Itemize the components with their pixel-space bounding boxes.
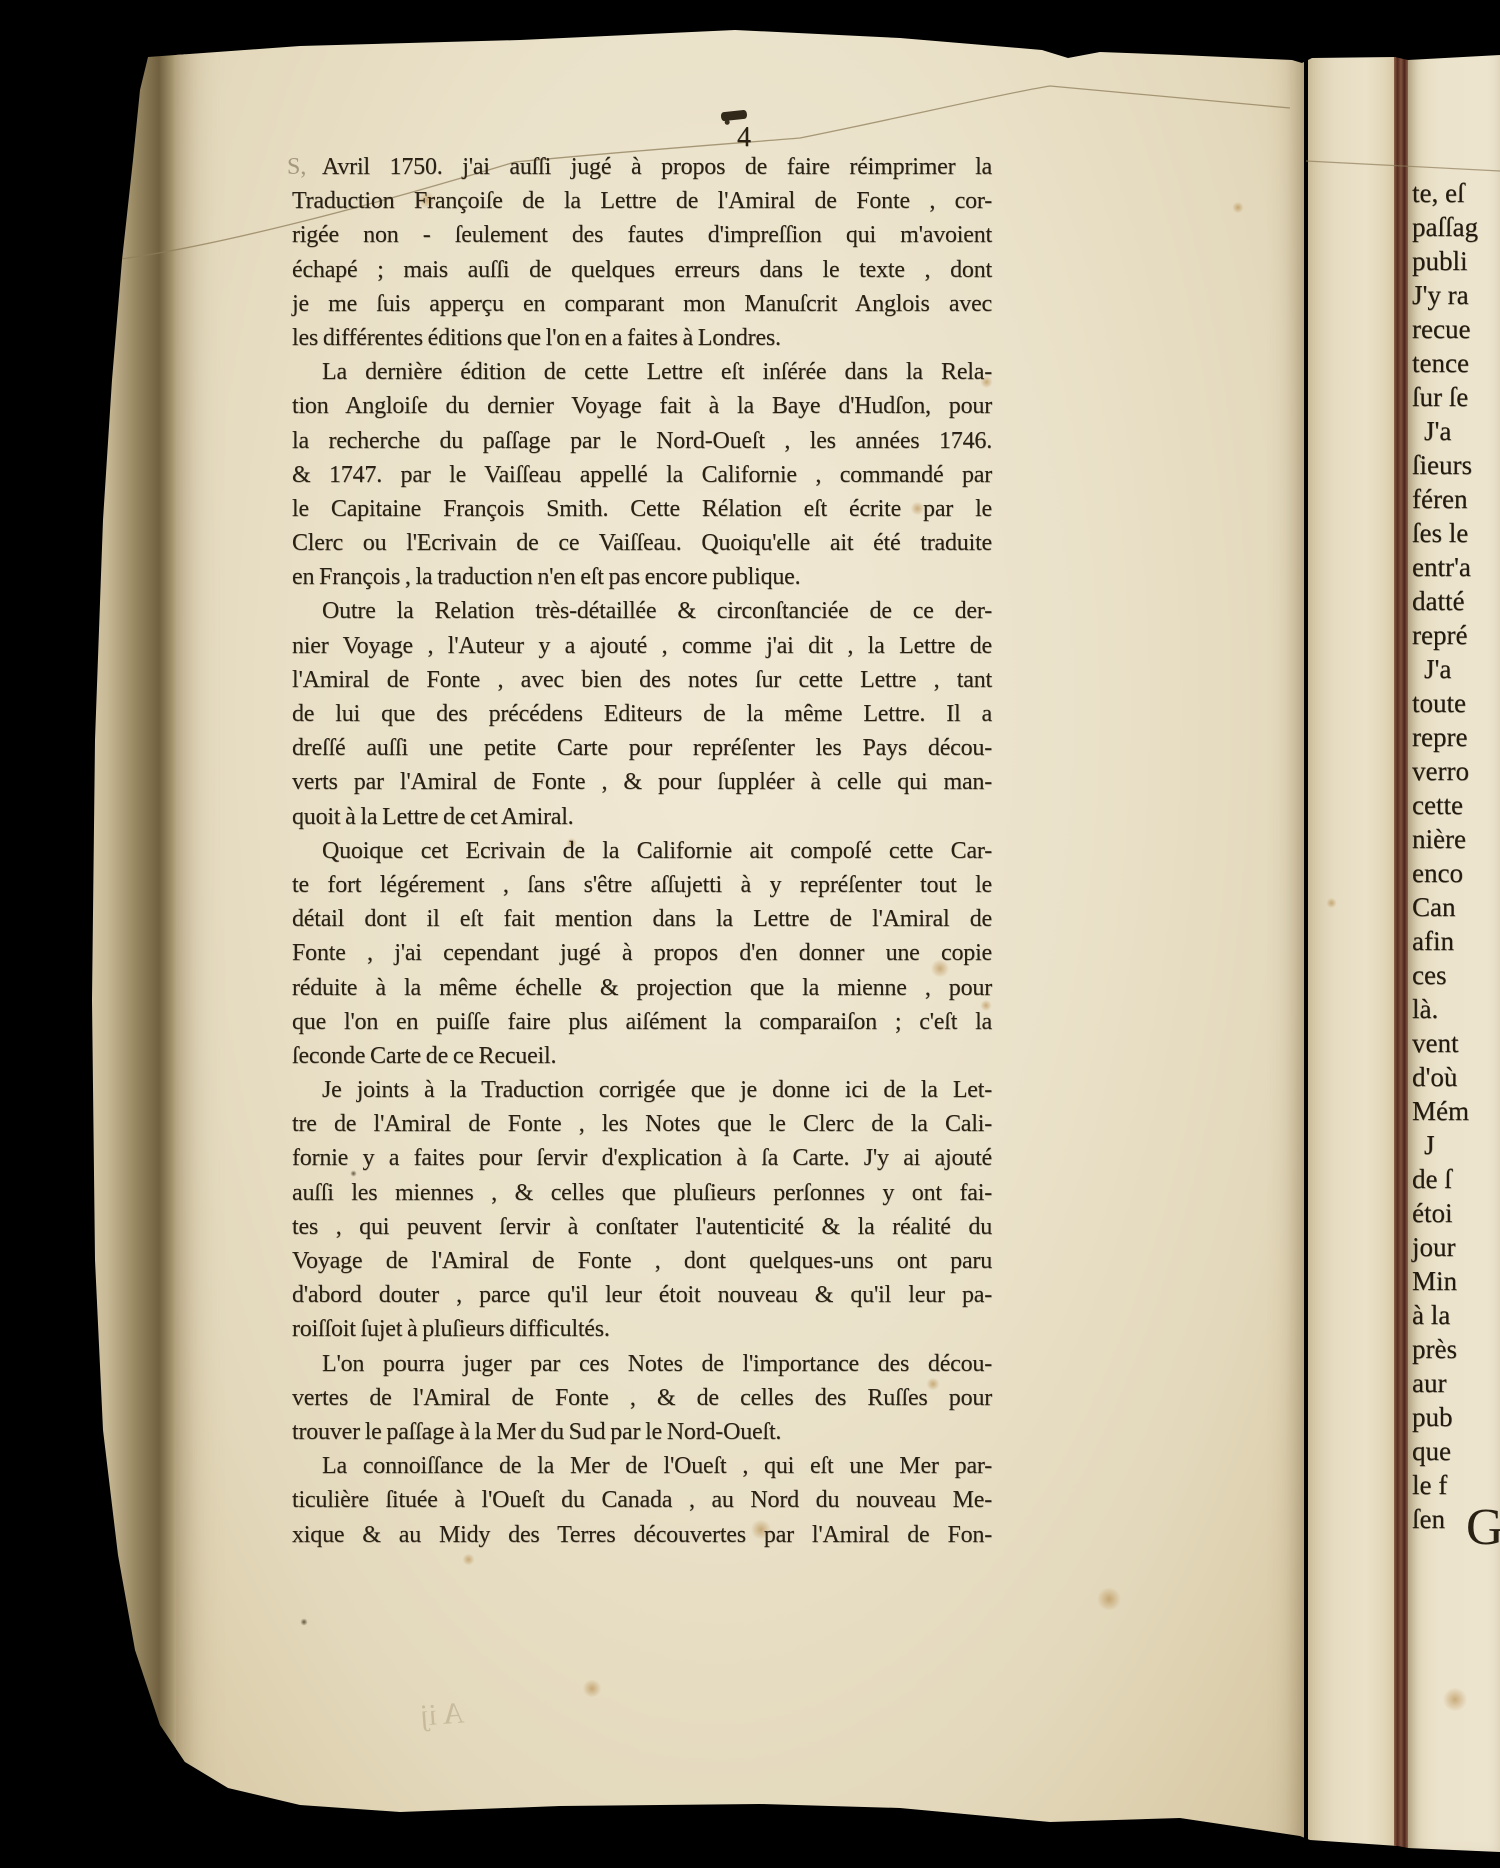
text-line: que l'on en puiſſe faire plus aiſément l…	[292, 1005, 992, 1039]
text-line: échapé ; mais auſſi de quelques erreurs …	[292, 253, 992, 287]
text-fragment: repre	[1412, 720, 1500, 754]
text-line: ſeconde Carte de ce Recueil.	[292, 1039, 992, 1073]
text-fragment: ſes le	[1412, 516, 1500, 550]
text-fragment: ſieurs	[1412, 448, 1500, 482]
main-text-block: Avril 1750. j'ai auſſi jugé à propos de …	[292, 150, 992, 1552]
text-line: je me ſuis apperçu en comparant mon Manu…	[292, 287, 992, 321]
text-fragment: verro	[1412, 754, 1500, 788]
text-fragment: vent	[1412, 1026, 1500, 1060]
gutter-edge-line	[1394, 0, 1408, 1868]
text-fragment: pub	[1412, 1400, 1500, 1434]
text-fragment: publi	[1412, 244, 1500, 278]
text-line: la recherche du paſſage par le Nord-Oueſ…	[292, 424, 992, 458]
text-fragment: que	[1412, 1434, 1500, 1468]
text-line: L'on pourra juger par ces Notes de l'imp…	[292, 1347, 992, 1381]
text-fragment: Can	[1412, 890, 1500, 924]
text-line: xique & au Midy des Terres découvertes p…	[292, 1518, 992, 1552]
text-line: La dernière édition de cette Lettre eſt …	[292, 355, 992, 389]
text-fragment: J'a	[1412, 414, 1500, 448]
text-line: nier Voyage , l'Auteur y a ajouté , comm…	[292, 629, 992, 663]
text-fragment: cette	[1412, 788, 1500, 822]
text-fragment: recue	[1412, 312, 1500, 346]
text-line: Voyage de l'Amiral de Fonte , dont quelq…	[292, 1244, 992, 1278]
text-line: tes , qui peuvent ſervir à conſtater l'a…	[292, 1210, 992, 1244]
text-line: fornie y a faites pour ſervir d'explicat…	[292, 1141, 992, 1175]
text-fragment: là.	[1412, 992, 1500, 1026]
text-fragment: afin	[1412, 924, 1500, 958]
page-stack-edges	[0, 0, 185, 1868]
text-fragment: ſur ſe	[1412, 380, 1500, 414]
text-line: en François , la traduction n'en eſt pas…	[292, 560, 992, 594]
text-fragment: entr'a	[1412, 550, 1500, 584]
text-fragment: repré	[1412, 618, 1500, 652]
text-line: & 1747. par le Vaiſſeau appellé la Calif…	[292, 458, 992, 492]
text-line: auſſi les miennes , & celles que pluſieu…	[292, 1176, 992, 1210]
text-line: le Capitaine François Smith. Cette Rélat…	[292, 492, 992, 526]
text-fragment: ces	[1412, 958, 1500, 992]
text-fragment: féren	[1412, 482, 1500, 516]
scanner-background: { "page": { "number": "4", "ghost_prefix…	[0, 0, 1500, 1868]
text-line: Je joints à la Traduction corrigée que j…	[292, 1073, 992, 1107]
text-fragment: près	[1412, 1332, 1500, 1366]
text-fragment: enco	[1412, 856, 1500, 890]
text-line: La connoiſſance de la Mer de l'Oueſt , q…	[292, 1449, 992, 1483]
text-line: l'Amiral de Fonte , avec bien des notes …	[292, 663, 992, 697]
text-fragment: étoi	[1412, 1196, 1500, 1230]
text-fragment: à la	[1412, 1298, 1500, 1332]
leaf-edge-sliver	[1308, 0, 1396, 1868]
text-fragment: te, eſ	[1412, 176, 1500, 210]
text-line: verts par l'Amiral de Fonte , & pour ſup…	[292, 765, 992, 799]
text-line: détail dont il eſt fait mention dans la …	[292, 902, 992, 936]
next-page-text-fragments: te, eſpaſſagpubliJ'y rarecuetenceſur ſeJ…	[1412, 176, 1500, 1536]
text-line: dreſſé auſſi une petite Carte pour repré…	[292, 731, 992, 765]
ghost-signature-showthrough: A ij	[419, 1697, 465, 1734]
text-fragment: J'y ra	[1412, 278, 1500, 312]
text-line: Fonte , j'ai cependant jugé à propos d'e…	[292, 936, 992, 970]
text-line: trouver le paſſage à la Mer du Sud par l…	[292, 1415, 992, 1449]
text-line: tion Angloiſe du dernier Voyage fait à l…	[292, 389, 992, 423]
text-line: réduite à la même échelle & projection q…	[292, 971, 992, 1005]
text-line: d'abord douter , parce qu'il leur étoit …	[292, 1278, 992, 1312]
text-fragment: nière	[1412, 822, 1500, 856]
text-fragment: aur	[1412, 1366, 1500, 1400]
text-line: roiſſoit ſujet à pluſieurs difficultés.	[292, 1312, 992, 1346]
text-fragment: J'a	[1412, 652, 1500, 686]
text-line: rigée non - ſeulement des fautes d'impre…	[292, 218, 992, 252]
text-fragment: d'où	[1412, 1060, 1500, 1094]
text-line: Traduction Françoiſe de la Lettre de l'A…	[292, 184, 992, 218]
text-fragment: Min	[1412, 1264, 1500, 1298]
text-fragment: Mém	[1412, 1094, 1500, 1128]
text-line: les différentes éditions que l'on en a f…	[292, 321, 992, 355]
text-fragment: J	[1412, 1128, 1500, 1162]
text-fragment: le f	[1412, 1468, 1500, 1502]
text-fragment: jour	[1412, 1230, 1500, 1264]
text-fragment: toute	[1412, 686, 1500, 720]
text-fragment: datté	[1412, 584, 1500, 618]
text-line: Clerc ou l'Ecrivain de ce Vaiſſeau. Quoi…	[292, 526, 992, 560]
text-fragment: paſſag	[1412, 210, 1500, 244]
text-line: te fort légérement , ſans s'être aſſujet…	[292, 868, 992, 902]
text-line: quoit à la Lettre de cet Amiral.	[292, 800, 992, 834]
text-fragment: tence	[1412, 346, 1500, 380]
book-scan: 4 S, A ij Avril 1750. j'ai auſſi jugé à …	[0, 0, 1500, 1868]
text-line: Avril 1750. j'ai auſſi jugé à propos de …	[292, 150, 992, 184]
text-fragment: de ſ	[1412, 1162, 1500, 1196]
text-line: de lui que des précédens Editeurs de la …	[292, 697, 992, 731]
large-initial-letter: G	[1466, 1498, 1500, 1557]
text-line: ticulière ſituée à l'Oueſt du Canada , a…	[292, 1483, 992, 1517]
text-line: Outre la Relation très-détaillée & circo…	[292, 594, 992, 628]
text-line: tre de l'Amiral de Fonte , les Notes que…	[292, 1107, 992, 1141]
text-line: Quoique cet Ecrivain de la Californie ai…	[292, 834, 992, 868]
text-line: vertes de l'Amiral de Fonte , & de celle…	[292, 1381, 992, 1415]
